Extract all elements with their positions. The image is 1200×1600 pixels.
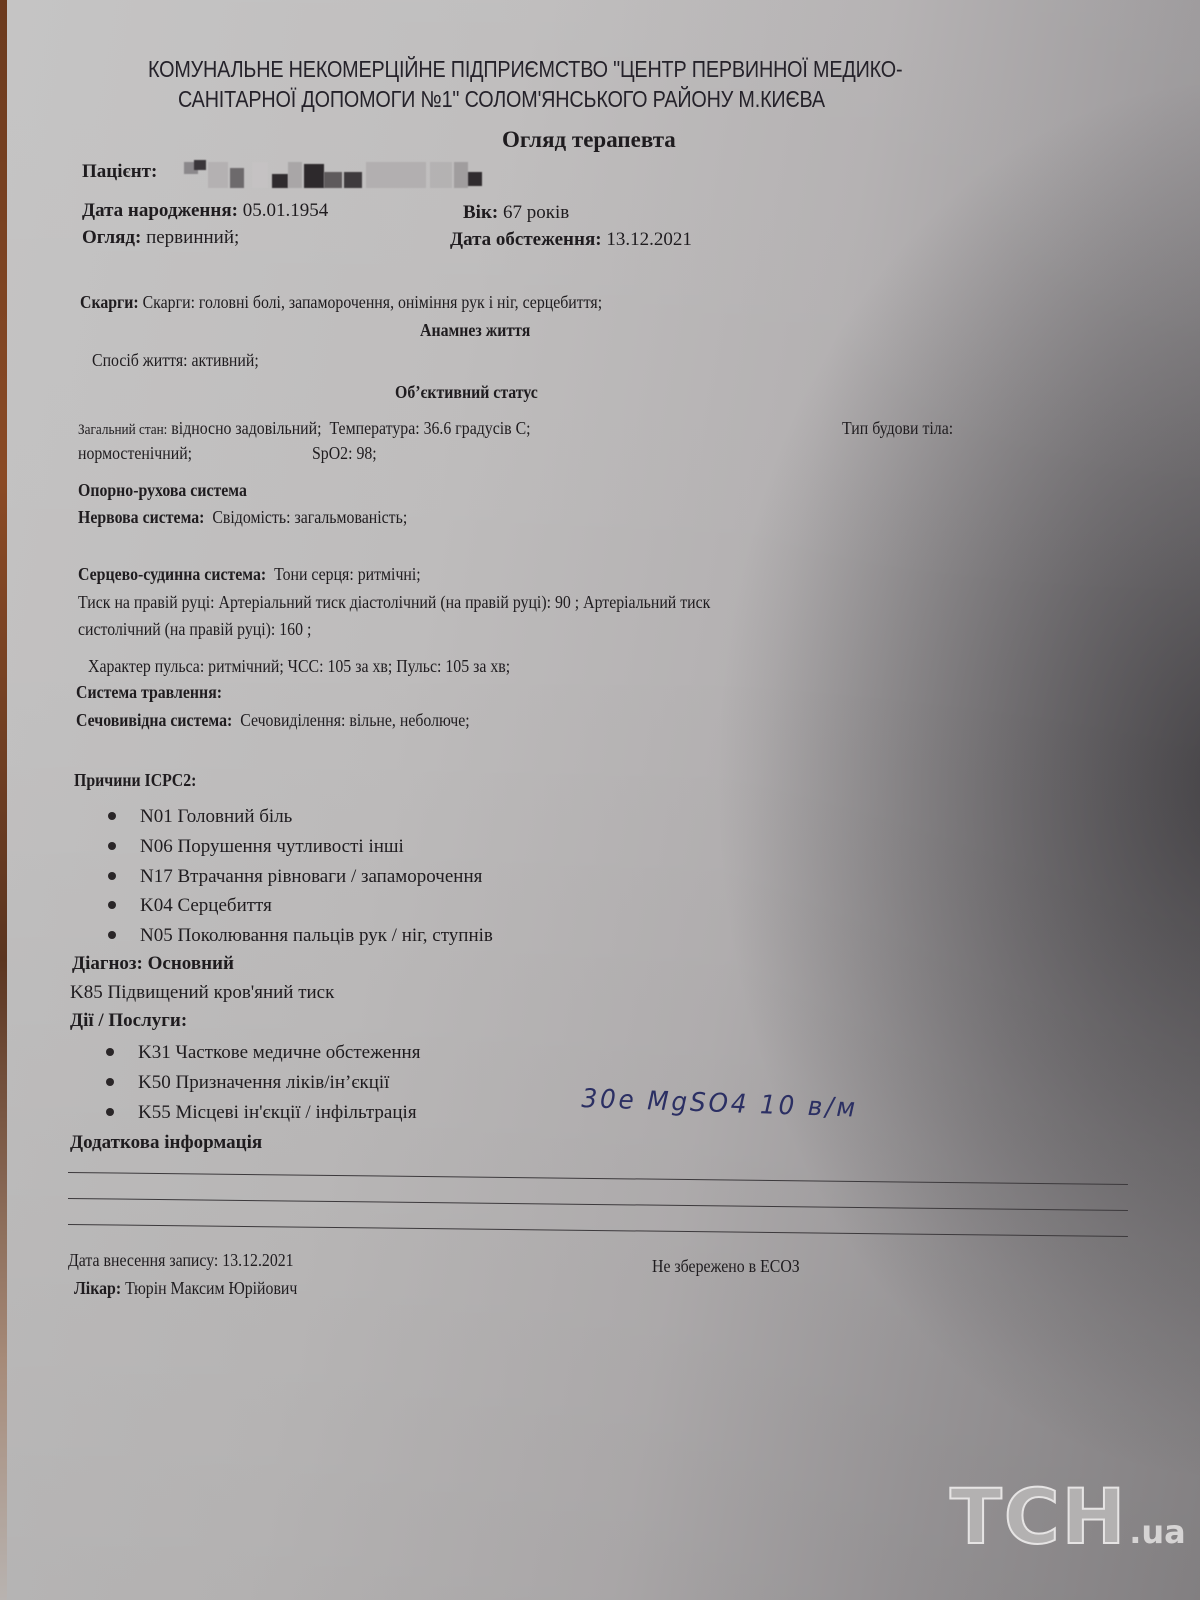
icpc2-item: N17 Втрачання рівноваги / запаморочення [108, 866, 482, 888]
general-condition-row: Загальний стан: відносно задовільний; Те… [78, 418, 531, 439]
diagnosis-row: Діагноз: Основний [72, 953, 234, 975]
lifestyle-value: активний; [192, 350, 259, 370]
additional-info-label: Додаткова інформація [70, 1132, 262, 1154]
table-edge [0, 0, 7, 1600]
complaints-value: Скарги: головні болі, запаморочення, оні… [143, 292, 602, 312]
watermark-tld: .ua [1129, 1513, 1186, 1551]
exam-date-value: 13.12.2021 [606, 229, 692, 250]
nervous-system-label: Нервова система: [78, 507, 204, 527]
icpc2-item: K04 Серцебиття [108, 895, 272, 917]
birth-date-value: 05.01.1954 [243, 200, 329, 221]
digestive-system-label: Система травлення: [76, 682, 222, 703]
general-condition-label: Загальний стан: [78, 422, 167, 438]
blood-pressure-line2: систолічний (на правій руці): 160 ; [78, 619, 311, 640]
patient-row: Пацієнт: [82, 161, 157, 183]
complaints-row: Скарги: Скарги: головні болі, запамороче… [80, 292, 602, 313]
exam-date-row: Дата обстеження: 13.12.2021 [450, 229, 692, 251]
service-item: K55 Місцеві ін'єкції / інфільтрація [106, 1102, 417, 1124]
objective-status-heading: Об’єктивний статус [395, 382, 538, 403]
icpc2-item-text: N17 Втрачання рівноваги / запаморочення [140, 866, 482, 887]
blood-pressure-line1: Тиск на правій руці: Артеріальний тиск д… [78, 592, 710, 613]
diagnosis-value: K85 Підвищений кров'яний тиск [70, 982, 334, 1004]
service-item: K50 Призначення ліків/ін’єкції [106, 1072, 389, 1094]
birth-date-row: Дата народження: 05.01.1954 [82, 200, 328, 222]
cardiovascular-label: Серцево-судинна система: [78, 564, 266, 584]
age-row: Вік: 67 років [463, 202, 569, 224]
icpc2-label: Причини ICPC2: [74, 770, 196, 791]
bullet-icon [108, 931, 116, 939]
service-item-text: K31 Часткове медичне обстеження [138, 1042, 420, 1063]
lifestyle-row: Спосіб життя: активний; [92, 350, 259, 371]
cardiovascular-value: Тони серця: ритмічні; [274, 564, 421, 584]
service-item-text: K55 Місцеві ін'єкції / інфільтрація [138, 1102, 417, 1123]
doctor-row: Лікар: Тюрін Максим Юрійович [74, 1278, 297, 1299]
icpc2-item: N01 Головний біль [108, 806, 292, 828]
bullet-icon [108, 901, 116, 909]
service-item: K31 Часткове медичне обстеження [106, 1042, 420, 1064]
services-label: Дії / Послуги: [70, 1010, 187, 1032]
icpc2-item-text: K04 Серцебиття [140, 895, 272, 916]
tsn-watermark-logo: TCH.ua [950, 1472, 1186, 1561]
bullet-icon [108, 812, 116, 820]
icpc2-item: N05 Поколювання пальців рук / ніг, ступн… [108, 925, 493, 947]
document-title: Огляд терапевта [502, 127, 676, 153]
birth-date-label: Дата народження: [82, 200, 238, 221]
service-item-text: K50 Призначення ліків/ін’єкції [138, 1072, 389, 1093]
age-label: Вік: [463, 202, 498, 223]
temperature-value: 36.6 градусів С; [424, 418, 531, 438]
patient-label: Пацієнт: [82, 161, 157, 182]
exam-date-label: Дата обстеження: [450, 229, 602, 250]
urinary-system-row: Сечовивідна система: Сечовиділення: віль… [76, 710, 470, 731]
urinary-system-label: Сечовивідна система: [76, 710, 232, 730]
organization-name-line2: САНІТАРНОЇ ДОПОМОГИ №1" СОЛОМ'ЯНСЬКОГО Р… [178, 86, 825, 113]
diagnosis-type: Основний [148, 953, 234, 974]
age-value: 67 років [503, 202, 569, 223]
musculoskeletal-heading: Опорно-рухова система [78, 480, 247, 501]
lifestyle-label: Спосіб життя: [92, 350, 188, 370]
anamnesis-heading: Анамнез життя [420, 320, 530, 341]
cardiovascular-row: Серцево-судинна система: Тони серця: рит… [78, 564, 421, 585]
bullet-icon [108, 872, 116, 880]
exam-type-row: Огляд: первинний; [82, 227, 239, 249]
patient-name-redacted [180, 162, 480, 188]
entry-date-value: 13.12.2021 [222, 1250, 293, 1270]
icpc2-item-text: N01 Головний біль [140, 806, 292, 827]
bullet-icon [106, 1108, 114, 1116]
entry-date-label: Дата внесення запису: [68, 1250, 218, 1270]
nervous-system-row: Нервова система: Свідомість: загальмован… [78, 507, 407, 528]
doctor-label: Лікар: [74, 1278, 121, 1298]
general-condition-value: відносно задовільний; [171, 418, 321, 438]
nervous-system-value: Свідомість: загальмованість; [212, 507, 407, 527]
pulse-row: Характер пульса: ритмічний; ЧСС: 105 за … [88, 656, 510, 677]
complaints-label: Скарги: [80, 292, 139, 312]
ehealth-status: Не збережено в ЕСОЗ [652, 1256, 800, 1277]
spo2-row: SpO2: 98; [312, 443, 377, 464]
body-type-label: Тип будови тіла: [842, 418, 953, 439]
diagnosis-label: Діагноз: [72, 953, 143, 974]
bullet-icon [108, 842, 116, 850]
spo2-value: 98; [356, 443, 376, 463]
bullet-icon [106, 1048, 114, 1056]
entry-date-row: Дата внесення запису: 13.12.2021 [68, 1250, 294, 1271]
doctor-value: Тюрін Максим Юрійович [125, 1278, 297, 1298]
bullet-icon [106, 1078, 114, 1086]
organization-name-line1: КОМУНАЛЬНЕ НЕКОМЕРЦІЙНЕ ПІДПРИЄМСТВО "ЦЕ… [148, 56, 902, 83]
icpc2-item: N06 Порушення чутливості інші [108, 836, 404, 858]
icpc2-item-text: N05 Поколювання пальців рук / ніг, ступн… [140, 925, 493, 946]
urinary-system-value: Сечовиділення: вільне, неболюче; [240, 710, 469, 730]
watermark-brand: TCH [950, 1472, 1127, 1561]
icpc2-item-text: N06 Порушення чутливості інші [140, 836, 404, 857]
temperature-label: Температура: [329, 418, 419, 438]
spo2-label: SpO2: [312, 443, 352, 463]
exam-type-label: Огляд: [82, 227, 141, 248]
body-type-value: нормостенічний; [78, 443, 192, 464]
exam-type-value: первинний; [146, 227, 239, 248]
